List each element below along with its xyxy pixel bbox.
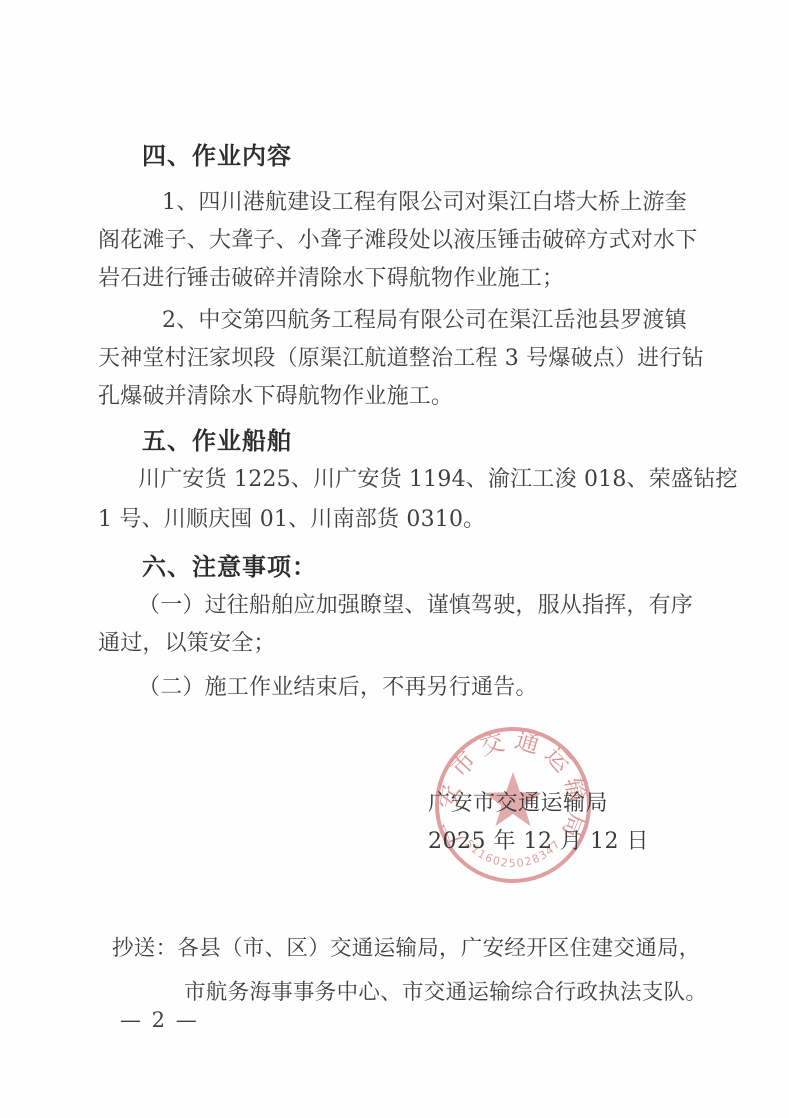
section6-heading: 六、注意事项： bbox=[142, 554, 317, 580]
paragraph-line: 孔爆破并清除水下碍航物作业施工。 bbox=[98, 378, 698, 416]
section4-item1: 1、四川港航建设工程有限公司对渠江白塔大桥上游奎 阁花滩子、大聋子、小聋子滩段处… bbox=[98, 184, 698, 298]
paragraph-line: 岩石进行锤击破碎并清除水下碍航物作业施工； bbox=[98, 260, 698, 298]
signature-date: 2025 年 12 月 12 日 bbox=[428, 829, 649, 855]
paragraph-line: 通过，以策安全； bbox=[98, 625, 698, 663]
paragraph-line: （二）施工作业结束后，不再另行通告。 bbox=[98, 669, 698, 707]
paragraph-line: 1、四川港航建设工程有限公司对渠江白塔大桥上游奎 bbox=[98, 184, 698, 222]
section4-item2: 2、中交第四航务工程局有限公司在渠江岳池县罗渡镇 天神堂村汪家坝段（原渠江航道整… bbox=[98, 302, 698, 416]
page-number: — 2 — bbox=[120, 1006, 199, 1034]
section6-note1: （一）过往船舶应加强瞭望、谨慎驾驶，服从指挥，有序 通过，以策安全； bbox=[98, 587, 698, 663]
section6-note2: （二）施工作业结束后，不再另行通告。 bbox=[98, 669, 698, 707]
cc-line: 市航务海事事务中心、市交通运输综合行政执法支队。 bbox=[184, 978, 707, 1008]
cc-line: 抄送：各县（市、区）交通运输局，广安经开区住建交通局， bbox=[112, 934, 701, 964]
paragraph-line: 天神堂村汪家坝段（原渠江航道整治工程 3 号爆破点）进行钻 bbox=[98, 340, 698, 378]
signature-agency: 广安市交通运输局 bbox=[428, 791, 608, 817]
section5-heading: 五、作业船舶 bbox=[142, 428, 292, 454]
paragraph-line: 1 号、川顺庆囤 01、川南部货 0310。 bbox=[98, 500, 698, 540]
paragraph-line: 2、中交第四航务工程局有限公司在渠江岳池县罗渡镇 bbox=[98, 302, 698, 340]
section4-heading: 四、作业内容 bbox=[142, 143, 292, 169]
paragraph-line: 川广安货 1225、川广安货 1194、渝江工浚 018、荣盛钻挖 bbox=[98, 460, 698, 500]
paragraph-line: （一）过往船舶应加强瞭望、谨慎驾驶，服从指挥，有序 bbox=[98, 587, 698, 625]
paragraph-line: 阁花滩子、大聋子、小聋子滩段处以液压锤击破碎方式对水下 bbox=[98, 222, 698, 260]
scanned-notice-page: 四、作业内容 1、四川港航建设工程有限公司对渠江白塔大桥上游奎 阁花滩子、大聋子… bbox=[0, 0, 789, 1118]
section5-ships: 川广安货 1225、川广安货 1194、渝江工浚 018、荣盛钻挖 1 号、川顺… bbox=[98, 460, 698, 540]
